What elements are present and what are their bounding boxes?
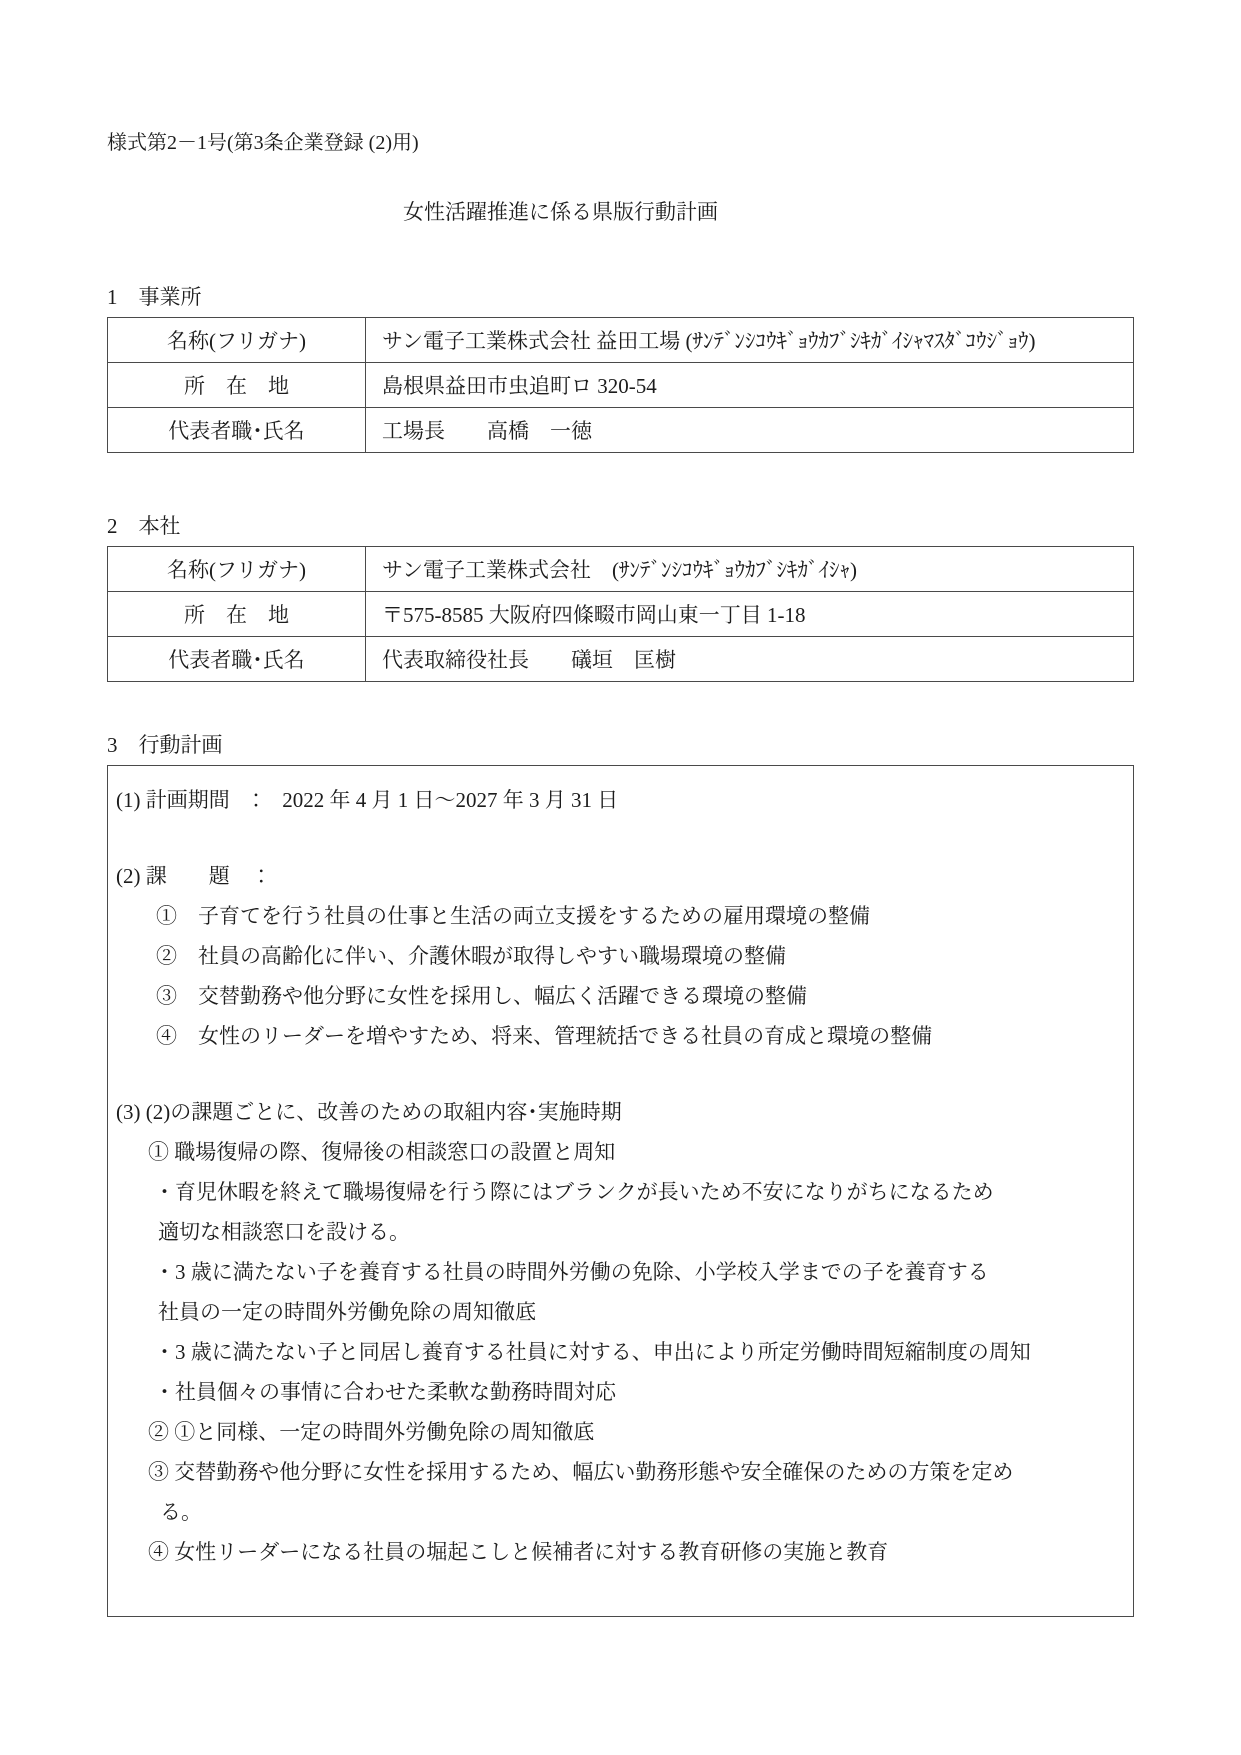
- row-value-name-furigana: サン電子工業株式会社 益田工場 (ｻﾝﾃﾞﾝｼｺｳｷﾞｮｳｶﾌﾞｼｷｶﾞｲｼｬﾏ…: [366, 318, 1134, 363]
- row-label-name-furigana: 名称(フリガナ): [108, 547, 366, 592]
- row-value-name-furigana: サン電子工業株式会社 (ｻﾝﾃﾞﾝｼｺｳｷﾞｮｳｶﾌﾞｼｷｶﾞｲｼｬ): [366, 547, 1134, 592]
- row-value-address: 〒575-8585 大阪府四條畷市岡山東一丁目 1-18: [366, 592, 1134, 637]
- measure-item-4: ④ 女性リーダーになる社員の堀起こしと候補者に対する教育研修の実施と教育: [108, 1532, 1129, 1572]
- measures-heading-line: (3) (2)の課題ごとに、改善のための取組内容･実施時期: [108, 1092, 1129, 1132]
- issue-item-2: ② 社員の高齢化に伴い、介護休暇が取得しやすい職場環境の整備: [108, 936, 1129, 976]
- section-1-heading: 1 事業所: [107, 284, 1134, 311]
- row-label-representative: 代表者職･氏名: [108, 408, 366, 453]
- row-value-address: 島根県益田市虫追町ロ 320-54: [366, 363, 1134, 408]
- table-row: 所 在 地 島根県益田市虫追町ロ 320-54: [108, 363, 1134, 408]
- row-label-representative: 代表者職･氏名: [108, 637, 366, 682]
- table-row: 代表者職･氏名 工場長 高橋 一徳: [108, 408, 1134, 453]
- table-row: 代表者職･氏名 代表取締役社長 礒垣 匡樹: [108, 637, 1134, 682]
- row-label-name-furigana: 名称(フリガナ): [108, 318, 366, 363]
- head-office-table: 名称(フリガナ) サン電子工業株式会社 (ｻﾝﾃﾞﾝｼｺｳｷﾞｮｳｶﾌﾞｼｷｶﾞ…: [107, 546, 1134, 682]
- section-2-heading: 2 本社: [107, 513, 1134, 540]
- issue-item-3: ③ 交替勤務や他分野に女性を採用し、幅広く活躍できる環境の整備: [108, 976, 1129, 1016]
- section-3-heading: 3 行動計画: [107, 732, 1134, 759]
- row-value-representative: 代表取締役社長 礒垣 匡樹: [366, 637, 1134, 682]
- form-code: 様式第2－1号(第3条企業登録 (2)用): [107, 130, 1134, 156]
- action-plan-box: (1) 計画期間 ： 2022 年 4 月 1 日～2027 年 3 月 31 …: [107, 765, 1134, 1617]
- spacer: [108, 820, 1129, 856]
- table-row: 名称(フリガナ) サン電子工業株式会社 (ｻﾝﾃﾞﾝｼｺｳｷﾞｮｳｶﾌﾞｼｷｶﾞ…: [108, 547, 1134, 592]
- measure-item-3-cont: る。: [108, 1492, 1129, 1532]
- plan-period-line: (1) 計画期間 ： 2022 年 4 月 1 日～2027 年 3 月 31 …: [108, 780, 1129, 820]
- measure-bullet-cont: 社員の一定の時間外労働免除の周知徹底: [108, 1292, 1129, 1332]
- business-site-table: 名称(フリガナ) サン電子工業株式会社 益田工場 (ｻﾝﾃﾞﾝｼｺｳｷﾞｮｳｶﾌ…: [107, 317, 1134, 453]
- measure-bullet: ・社員個々の事情に合わせた柔軟な勤務時間対応: [108, 1372, 1129, 1412]
- document-page: 様式第2－1号(第3条企業登録 (2)用) 女性活躍推進に係る県版行動計画 1 …: [0, 0, 1241, 1755]
- document-title: 女性活躍推進に係る県版行動計画: [107, 198, 1134, 226]
- table-row: 所 在 地 〒575-8585 大阪府四條畷市岡山東一丁目 1-18: [108, 592, 1134, 637]
- issues-heading-line: (2) 課 題 ：: [108, 856, 1129, 896]
- row-label-address: 所 在 地: [108, 363, 366, 408]
- issue-item-4: ④ 女性のリーダーを増やすため、将来、管理統括できる社員の育成と環境の整備: [108, 1016, 1129, 1056]
- measure-bullet: ・3 歳に満たない子と同居し養育する社員に対する、申出により所定労働時間短縮制度…: [108, 1332, 1129, 1372]
- issue-item-1: ① 子育てを行う社員の仕事と生活の両立支援をするための雇用環境の整備: [108, 896, 1129, 936]
- row-value-representative: 工場長 高橋 一徳: [366, 408, 1134, 453]
- measure-item-1: ① 職場復帰の際、復帰後の相談窓口の設置と周知: [108, 1132, 1129, 1172]
- row-label-address: 所 在 地: [108, 592, 366, 637]
- measure-bullet: ・3 歳に満たない子を養育する社員の時間外労働の免除、小学校入学までの子を養育す…: [108, 1252, 1129, 1292]
- measure-bullet-cont: 適切な相談窓口を設ける。: [108, 1212, 1129, 1252]
- measure-item-3: ③ 交替勤務や他分野に女性を採用するため、幅広い勤務形態や安全確保のための方策を…: [108, 1452, 1129, 1492]
- table-row: 名称(フリガナ) サン電子工業株式会社 益田工場 (ｻﾝﾃﾞﾝｼｺｳｷﾞｮｳｶﾌ…: [108, 318, 1134, 363]
- spacer: [108, 1056, 1129, 1092]
- measure-item-2: ② ①と同様、一定の時間外労働免除の周知徹底: [108, 1412, 1129, 1452]
- measure-bullet: ・育児休暇を終えて職場復帰を行う際にはブランクが長いため不安になりがちになるため: [108, 1172, 1129, 1212]
